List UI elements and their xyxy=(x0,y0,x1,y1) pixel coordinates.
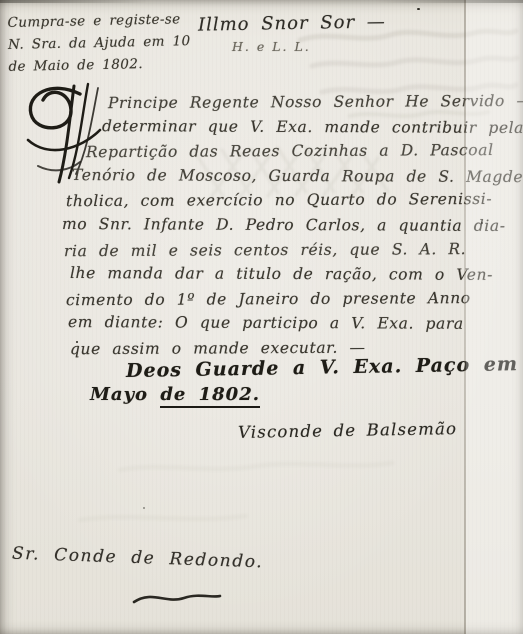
body-line: mo Snr. Infante D. Pedro Carlos, a quant… xyxy=(62,212,517,239)
salutation-abbreviation: H. e L. L. xyxy=(232,39,311,54)
body-line: determinar que V. Exa. mande contribuir … xyxy=(102,114,517,140)
body-line: lhe manda dar a titulo de ração, com o V… xyxy=(70,261,517,288)
body-line: Tenório de Moscoso, Guarda Roupa de S. M… xyxy=(72,163,517,190)
body-line: Repartição das Reaes Cozinhas a D. Pasco… xyxy=(86,138,517,165)
body-line: tholica, com exercício no Quarto do Sere… xyxy=(66,187,517,214)
dateline-year: Mayo de 1802. xyxy=(90,384,260,405)
annotation-line: de Maio de 1802. xyxy=(8,52,191,78)
body-line: cimento do 1º de Janeiro do presente Ann… xyxy=(66,286,517,313)
signature: Visconde de Balsemão xyxy=(238,419,458,442)
flourish-icon xyxy=(128,586,224,608)
manuscript-page: Cumpra-se e registe-se N. Sra. da Ajuda … xyxy=(0,0,523,634)
letter-body: Principe Regente Nosso Senhor He Servido… xyxy=(62,90,517,361)
salutation-line: Illmo Snor Sor — xyxy=(198,11,386,35)
ink-speck xyxy=(76,341,78,343)
dateline-month: Mayo xyxy=(90,384,160,405)
ink-speck xyxy=(143,507,145,509)
addressee: Sr. Conde de Redondo. xyxy=(12,544,264,573)
ink-speck xyxy=(481,222,483,224)
body-line: ria de mil e seis centos réis, que S. A.… xyxy=(64,236,517,263)
marginal-annotation: Cumpra-se e registe-se N. Sra. da Ajuda … xyxy=(7,8,191,78)
ink-speck xyxy=(417,8,420,10)
body-line: Principe Regente Nosso Senhor He Servido… xyxy=(108,89,517,116)
fold-crease xyxy=(464,0,466,634)
annotation-line: N. Sra. da Ajuda em 10 xyxy=(8,30,191,56)
body-line: em diante: O que participo a V. Exa. par… xyxy=(68,310,517,337)
dateline-underlined-year: de 1802. xyxy=(160,384,260,408)
fold-highlight xyxy=(466,0,523,634)
scan-edge-shadow xyxy=(0,0,523,3)
